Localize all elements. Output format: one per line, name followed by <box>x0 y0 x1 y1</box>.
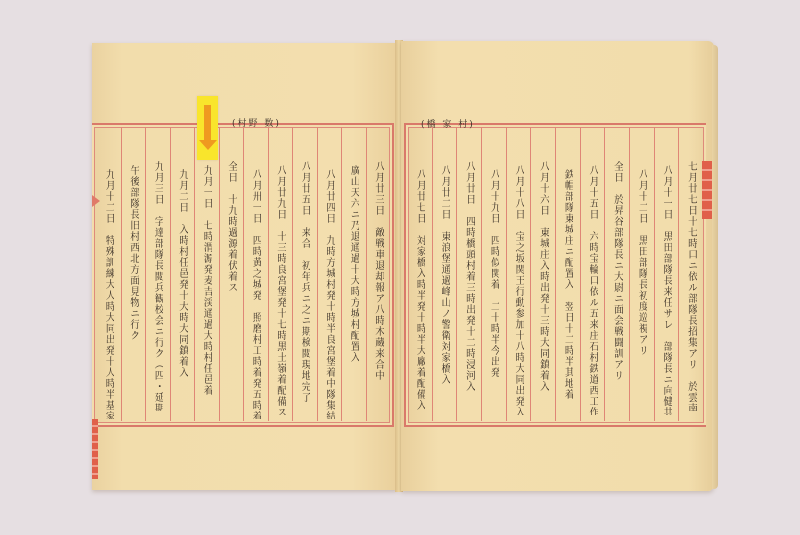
column-rule-line <box>654 127 655 421</box>
column-rule-line <box>555 127 556 421</box>
column-rule-line <box>530 127 531 421</box>
column-rule-line <box>194 127 195 421</box>
column-rule-line <box>341 127 342 421</box>
ledger-entry-column: 九月三日 字達部隊長閲兵観校会ニ行ク（四・延期） <box>151 161 163 411</box>
right-page: (橋 家 村) 七月廿七日十七時口ニ依ル部隊長招集アリ 於雲南関八月十一日 黒田… <box>401 41 714 491</box>
column-rule-line <box>121 127 122 421</box>
left-page: (村野 数) 八月廿三日 敵戦車退却報ア八時木蔵来合中廣山天六ニ乃退通過十大時方… <box>92 43 398 490</box>
column-rule-line <box>366 127 367 421</box>
ledger-entry-column: 全日 十九時過源着伏着ス <box>225 161 237 293</box>
ledger-entry-column: 八月廿四日 九時方城村発十時半良宮堡着中隊集結入 <box>323 169 335 419</box>
ledger-entry-column: 八月廿二日 東浪堡通過峰山ノ警衛対家橋入 <box>438 165 450 385</box>
sticky-flag-marker[interactable] <box>197 96 218 160</box>
column-rule-line <box>604 127 605 421</box>
left-edge-stamp <box>92 419 98 479</box>
column-rule-line <box>456 127 457 421</box>
ledger-entry-column: 全日 於昇谷部隊長ニ大尉ニ面会戦闘訓アリ <box>611 161 623 381</box>
left-page-header: (村野 数) <box>232 116 281 129</box>
ledger-entry-column: 八月廿五日 来合 初年兵ニ之ニ期検閲現地完了 <box>298 161 310 403</box>
column-rule-line <box>432 127 433 421</box>
right-page-edge <box>712 45 718 489</box>
column-rule-line <box>170 127 171 421</box>
right-page-header: (橋 家 村) <box>421 117 475 130</box>
ledger-entry-column: 八月十九日 四時似関着 二十時半今出発 <box>487 169 499 378</box>
ledger-entry-column: 九月二日 入時村任邑発十大時大同鎮着入 <box>176 169 188 378</box>
column-rule-line <box>678 127 679 421</box>
column-rule-line <box>481 127 482 421</box>
ledger-entry-column: 八月廿日 四時橋頭村着三時出発十二時浸河入 <box>463 161 475 392</box>
column-rule-line <box>145 127 146 421</box>
ledger-entry-column: 九月一日 七時渭源発麦吉渓通過大時村任邑着 <box>200 165 212 396</box>
column-rule-line <box>317 127 318 421</box>
column-rule-line <box>580 127 581 421</box>
ledger-entry-column: 八月十六日 東城庄入時出発十三時大同鎮着入 <box>537 161 549 392</box>
column-rule-line <box>219 127 220 421</box>
ledger-entry-column: 午後部隊長旧村西北方面見物ニ行ク <box>127 165 139 341</box>
arrow-head-icon <box>199 140 217 150</box>
column-rule-line <box>292 127 293 421</box>
ledger-entry-column: 八月十八日 宝之坂関王行動参加十八時大同出発入 夜行軍 <box>512 165 524 415</box>
column-rule-line <box>268 127 269 421</box>
arrow-down-icon <box>204 105 211 141</box>
ledger-entry-column: 八月卅一日 四時黄之城発 照磨村工時着発五時着六 <box>249 169 261 419</box>
column-rule-line <box>629 127 630 421</box>
ledger-entry-column: 鉄帽部隊東城庄ニ配置入 翌日十二時半其地着 <box>561 169 573 400</box>
column-rule-line <box>506 127 507 421</box>
left-corner-tab-icon <box>92 195 100 207</box>
ledger-entry-column: 八月十一日 黒田部隊長来任サレ 部隊長ニ向健共アリ <box>660 165 672 415</box>
ledger-entry-column: 廣山天六ニ乃退通過十大時方城村配置入 <box>347 165 359 363</box>
open-ledger-book: (村野 数) 八月廿三日 敵戦車退却報ア八時木蔵来合中廣山天六ニ乃退通過十大時方… <box>0 0 800 535</box>
ledger-entry-column: 七月廿七日十七時口ニ依ル部隊長招集アリ 於雲南関 <box>685 161 697 411</box>
ledger-entry-column: 八月廿九日 十三時良宮堡発十七時黒土嶺着配備ス <box>274 165 286 415</box>
ledger-entry-column: 八月十五日 六時宝輪口依ル五来庄石村鉄道西工作ニ参加シ <box>586 165 598 415</box>
ledger-entry-column: 八月廿七日 対家橋入時半発十時半大廠着配備入 <box>413 169 425 411</box>
ledger-entry-column: 八月十二日 黒田部隊長初度巡視アリ <box>635 169 647 356</box>
ledger-entry-column: 八月廿三日 敵戦車退却報ア八時木蔵来合中 <box>372 161 384 381</box>
ledger-entry-column: 九月十二日 特殊訓練大人時大同出発十人時半基家庄配備入 <box>102 169 114 419</box>
column-rule-line <box>243 127 244 421</box>
